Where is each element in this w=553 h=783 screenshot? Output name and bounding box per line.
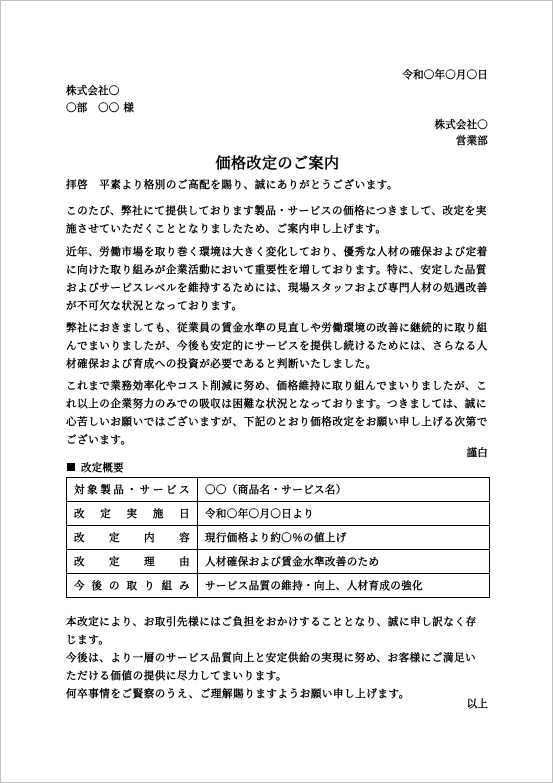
paragraph-3: 弊社におきましても、従業員の賃金水準の見直しや労働環境の改善に継続的に取り組 ん… [66, 319, 491, 373]
closing-keigu: 謹白 [467, 447, 488, 460]
text-line: ございます。 [66, 431, 491, 449]
closing-paragraph: 本改定により、お取引先様にはご負担をおかけすることとなり、誠に申し訳なく存 じま… [66, 613, 491, 703]
paragraph-4: これまで業務効率化やコスト削減に努め、価格維持に取り組んでまいりましたが、こ れ… [66, 377, 491, 449]
text-line: 何卒事情をご賢察のうえ、ご理解賜りますようお願い申し上げます。 [66, 685, 491, 703]
table-row: 今後の取り組み サービス品質の維持・向上、人材育成の強化 [67, 574, 490, 598]
date: 令和〇年〇月〇日 [402, 69, 488, 82]
table-row: 対象製品・サービス 〇〇（商品名・サービス名） [67, 478, 490, 502]
text-line: 本改定により、お取引先様にはご負担をおかけすることとなり、誠に申し訳なく存 [66, 613, 491, 631]
row-label: 改定内容 [67, 526, 198, 550]
table-row: 改定内容 現行価格より約〇％の値上げ [67, 526, 490, 550]
text-line: 材確保および育成への投資が必要であると判断いたしました。 [66, 355, 491, 373]
row-value: 〇〇（商品名・サービス名） [198, 478, 490, 502]
text-line: 近年、労働市場を取り巻く環境は大きく変化しており、優秀な人材の確保および定着 [66, 243, 491, 261]
text-line: んでまいりましたが、今後も安定的にサービスを提供し続けるためには、さらなる人 [66, 337, 491, 355]
sender-department: 営業部 [456, 135, 488, 148]
document-page: 令和〇年〇月〇日 株式会社〇 〇部 〇〇 様 株式会社〇 営業部 価格改定のご案… [0, 0, 553, 783]
square-bullet-icon [67, 463, 75, 471]
text-line: じます。 [66, 631, 491, 649]
recipient-department-person: 〇部 〇〇 様 [66, 102, 134, 115]
row-label: 対象製品・サービス [67, 478, 198, 502]
text-line: 施させていただくこととなりましたため、ご案内申し上げます。 [66, 220, 491, 238]
text-line: ただける価値の提供に尽力してまいります。 [66, 667, 491, 685]
text-line: が不可欠な状況となっております。 [66, 297, 491, 315]
row-label: 改定実施日 [67, 502, 198, 526]
table-row: 改定理由 人材確保および賃金水準改善のため [67, 550, 490, 574]
row-value: 人材確保および賃金水準改善のため [198, 550, 490, 574]
summary-heading: 改定概要 [67, 462, 124, 475]
row-value: 令和〇年〇月〇日より [198, 502, 490, 526]
document-title: 価格改定のご案内 [1, 152, 553, 173]
text-line: 弊社におきましても、従業員の賃金水準の見直しや労働環境の改善に継続的に取り組 [66, 319, 491, 337]
end-mark: 以上 [467, 698, 488, 711]
greeting-text: 拝啓 平素より格別のご高配を賜り、誠にありがとうございます。 [66, 176, 491, 194]
sender-company: 株式会社〇 [435, 119, 489, 132]
text-line: 今後は、より一層のサービス品質向上と安定供給の実現に努め、お客様にご満足い [66, 649, 491, 667]
text-line: れ以上の企業努力のみでの吸収は困難な状況となっております。つきましては、誠に [66, 395, 491, 413]
summary-heading-text: 改定概要 [81, 462, 124, 474]
text-line: このたび、弊社にて提供しております製品・サービスの価格につきまして、改定を実 [66, 202, 491, 220]
text-line: これまで業務効率化やコスト削減に努め、価格維持に取り組んでまいりましたが、こ [66, 377, 491, 395]
row-label: 今後の取り組み [67, 574, 198, 598]
paragraph-1: このたび、弊社にて提供しております製品・サービスの価格につきまして、改定を実 施… [66, 202, 491, 238]
row-value: サービス品質の維持・向上、人材育成の強化 [198, 574, 490, 598]
greeting: 拝啓 平素より格別のご高配を賜り、誠にありがとうございます。 [66, 176, 491, 194]
row-label: 改定理由 [67, 550, 198, 574]
text-line: 心苦しいお願いではございますが、下記のとおり価格改定をお願い申し上げる次第で [66, 413, 491, 431]
paragraph-2: 近年、労働市場を取り巻く環境は大きく変化しており、優秀な人材の確保および定着 に… [66, 243, 491, 315]
text-line: およびサービスレベルを維持するためには、現場スタッフおよび専門人材の処遇改善 [66, 279, 491, 297]
recipient-company: 株式会社〇 [66, 85, 120, 98]
summary-table: 対象製品・サービス 〇〇（商品名・サービス名） 改定実施日 令和〇年〇月〇日より… [66, 477, 490, 598]
row-value: 現行価格より約〇％の値上げ [198, 526, 490, 550]
text-line: に向けた取り組みが企業活動において重要性を増しております。特に、安定した品質 [66, 261, 491, 279]
table-row: 改定実施日 令和〇年〇月〇日より [67, 502, 490, 526]
